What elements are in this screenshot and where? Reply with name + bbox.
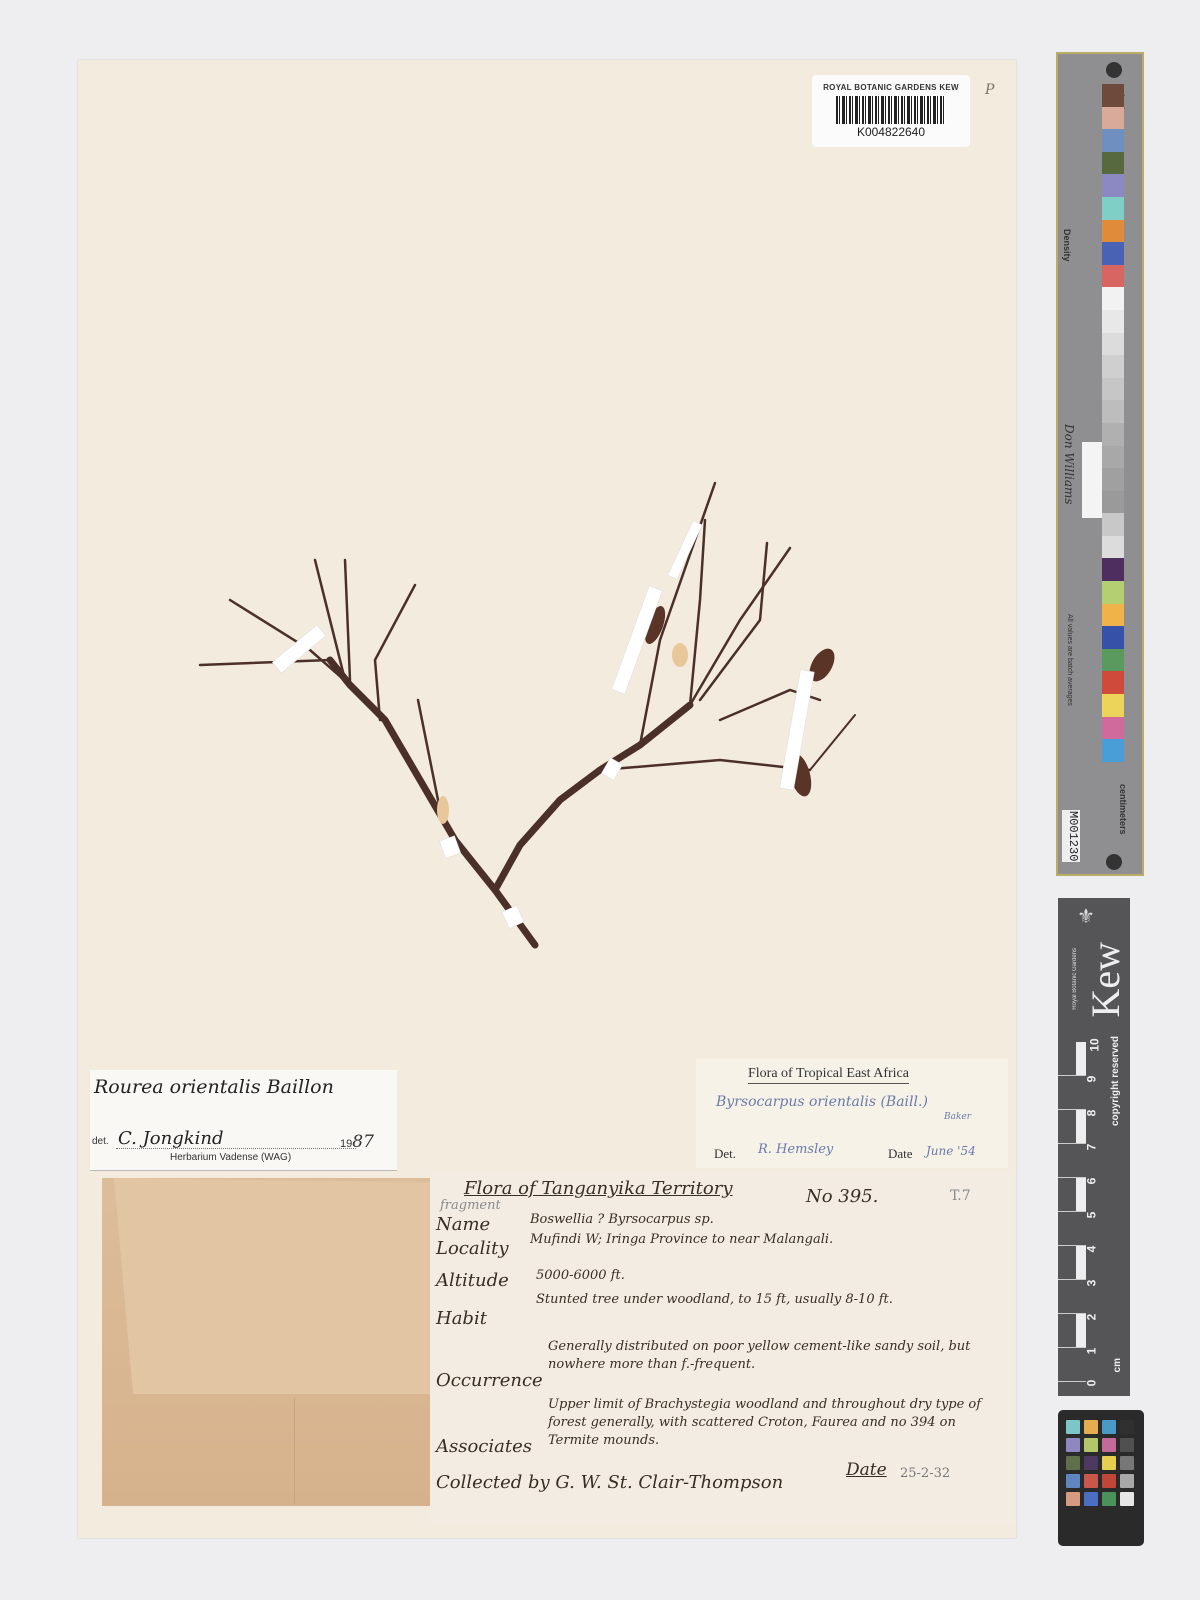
color-patch xyxy=(1102,671,1124,694)
tick-2: 2 xyxy=(1084,1314,1098,1321)
color-patch xyxy=(1102,333,1124,356)
ruler-brand: Don Williams xyxy=(1062,424,1076,505)
tick-10: 10 xyxy=(1088,1038,1102,1051)
packet-flap xyxy=(114,1178,430,1394)
ftea-title: Flora of Tropical East Africa xyxy=(748,1066,909,1084)
color-patch xyxy=(1102,558,1124,581)
color-calibration-ruler: inches Density Don Williams All values a… xyxy=(1056,52,1144,876)
barcode-icon xyxy=(836,96,946,124)
color-patch xyxy=(1102,446,1124,469)
packet-crease xyxy=(294,1398,295,1504)
color-patch xyxy=(1102,513,1124,536)
kew-logo: Kew xyxy=(1086,942,1126,1018)
collector-label: Flora of Tanganyika Territory No 395. T.… xyxy=(430,1170,1014,1525)
field-label-altitude: Altitude xyxy=(436,1270,509,1291)
field-label-habit: Habit xyxy=(436,1308,487,1329)
ruler-hole-bottom xyxy=(1106,854,1122,870)
color-patch xyxy=(1102,604,1124,627)
color-patch xyxy=(1102,694,1124,717)
region-annotation: T.7 xyxy=(950,1188,971,1204)
color-patch xyxy=(1102,129,1124,152)
color-swatch xyxy=(1102,1456,1116,1470)
barcode-number: K004822640 xyxy=(812,125,970,139)
collection-number: No 395. xyxy=(806,1186,878,1207)
cm-tick-marks xyxy=(1058,1042,1086,1382)
tick-8: 8 xyxy=(1084,1110,1098,1117)
field-label-occurrence: Occurrence xyxy=(436,1370,543,1391)
color-patch xyxy=(1102,107,1124,130)
field-value-altitude: 5000-6000 ft. xyxy=(536,1268,625,1283)
det-prefix: det. xyxy=(92,1136,109,1147)
taxon-name: Rourea orientalis Baillon xyxy=(94,1076,334,1098)
color-patch xyxy=(1102,581,1124,604)
tick-5: 5 xyxy=(1084,1212,1098,1219)
kew-scale-bar: ⚜ Royal Botanic Gardens Kew 10 9 8 7 6 5… xyxy=(1058,898,1130,1396)
color-patch xyxy=(1102,174,1124,197)
field-value-habit: Stunted tree under woodland, to 15 ft, u… xyxy=(536,1292,893,1307)
color-swatch xyxy=(1066,1420,1080,1434)
color-checker-card xyxy=(1058,1410,1144,1546)
ftea-taxon-name: Byrsocarpus orientalis (Baill.) xyxy=(716,1094,928,1110)
copyright-notice: copyright reserved xyxy=(1110,1036,1121,1126)
determination-label: Rourea orientalis Baillon det. C. Jongki… xyxy=(90,1070,397,1171)
ruler-note: All values are batch averages xyxy=(1066,614,1073,706)
color-patch xyxy=(1102,649,1124,672)
color-patch xyxy=(1102,265,1124,288)
royal-crest-icon: ⚜ xyxy=(1074,904,1098,934)
color-patch xyxy=(1102,152,1124,175)
color-swatch xyxy=(1066,1438,1080,1452)
field-value-locality: Mufindi W; Iringa Province to near Malan… xyxy=(530,1232,833,1247)
color-patch xyxy=(1102,242,1124,265)
barcode-label: ROYAL BOTANIC GARDENS KEW K004822640 xyxy=(812,75,970,147)
color-swatch xyxy=(1120,1492,1134,1506)
determination-year: 1987 xyxy=(340,1132,374,1152)
year-suffix: 87 xyxy=(352,1132,374,1152)
ruler-color-patches xyxy=(1102,84,1124,762)
kew-subtitle: Royal Botanic Gardens xyxy=(1072,948,1078,1010)
ruler-code: M001230 xyxy=(1062,810,1080,862)
color-swatch xyxy=(1084,1492,1098,1506)
ruler-centimeters-label: centimeters xyxy=(1118,784,1128,835)
tick-4: 4 xyxy=(1084,1246,1098,1253)
field-label-name: Name xyxy=(436,1214,490,1235)
pencil-annotation: P xyxy=(985,82,994,98)
color-patch xyxy=(1102,739,1124,762)
color-swatch xyxy=(1084,1456,1098,1470)
color-patch xyxy=(1102,468,1124,491)
color-swatch xyxy=(1120,1420,1134,1434)
year-prefix: 19 xyxy=(340,1138,352,1150)
color-patch xyxy=(1102,220,1124,243)
color-swatch xyxy=(1066,1492,1080,1506)
collected-by-label: Collected by xyxy=(436,1472,550,1493)
color-swatch xyxy=(1066,1456,1080,1470)
color-swatch xyxy=(1120,1474,1134,1488)
collection-date-label: Date xyxy=(846,1460,887,1480)
herbarium-name: Herbarium Vadense (WAG) xyxy=(170,1152,291,1163)
field-value-associates: Upper limit of Brachystegia woodland and… xyxy=(548,1396,988,1450)
color-swatch xyxy=(1120,1456,1134,1470)
color-patch xyxy=(1102,400,1124,423)
color-patch xyxy=(1102,378,1124,401)
color-patch xyxy=(1102,536,1124,559)
color-swatch xyxy=(1084,1474,1098,1488)
ftea-taxon-author: Baker xyxy=(944,1112,971,1122)
field-label-locality: Locality xyxy=(436,1238,509,1259)
color-patch xyxy=(1102,626,1124,649)
color-swatch xyxy=(1120,1438,1134,1452)
ruler-hole-top xyxy=(1106,62,1122,78)
color-swatch xyxy=(1084,1420,1098,1434)
ftea-determination-label: Flora of Tropical East Africa Byrsocarpu… xyxy=(696,1058,1008,1168)
ruler-density-label: Density xyxy=(1062,229,1072,262)
tick-0: 0 xyxy=(1084,1380,1098,1387)
ftea-determiner: R. Hemsley xyxy=(758,1142,833,1157)
fragment-note: fragment xyxy=(440,1198,501,1213)
tick-3: 3 xyxy=(1084,1280,1098,1287)
color-patch xyxy=(1102,423,1124,446)
field-value-occurrence: Generally distributed on poor yellow cem… xyxy=(548,1338,978,1374)
tick-1: 1 xyxy=(1084,1348,1098,1355)
color-patch xyxy=(1102,491,1124,514)
ftea-date-value: June '54 xyxy=(926,1144,976,1158)
color-swatch xyxy=(1084,1438,1098,1452)
institution-name: ROYAL BOTANIC GARDENS KEW xyxy=(812,83,970,92)
color-patch xyxy=(1102,84,1124,107)
determiner-signature: C. Jongkind xyxy=(118,1128,224,1149)
field-label-associates: Associates xyxy=(436,1436,532,1457)
color-patch xyxy=(1102,197,1124,220)
tick-6: 6 xyxy=(1084,1178,1098,1185)
label-heading: Flora of Tanganyika Territory xyxy=(464,1178,733,1199)
fragment-packet[interactable] xyxy=(102,1178,430,1506)
color-swatch xyxy=(1102,1420,1116,1434)
color-swatch xyxy=(1066,1474,1080,1488)
color-swatch xyxy=(1102,1438,1116,1452)
color-patch xyxy=(1102,287,1124,310)
ftea-date-label: Date xyxy=(888,1146,913,1162)
color-patch xyxy=(1102,355,1124,378)
collector-name: G. W. St. Clair-Thompson xyxy=(555,1472,783,1493)
color-swatch xyxy=(1102,1492,1116,1506)
color-patch xyxy=(1102,717,1124,740)
field-value-name: Boswellia ? Byrsocarpus sp. xyxy=(530,1212,714,1227)
tick-7: 7 xyxy=(1084,1144,1098,1151)
signature-line xyxy=(116,1148,356,1149)
unit-label: cm xyxy=(1112,1358,1123,1372)
tick-9: 9 xyxy=(1084,1076,1098,1083)
ftea-det-label: Det. xyxy=(714,1146,736,1162)
color-swatch xyxy=(1102,1474,1116,1488)
collection-date-value: 25-2-32 xyxy=(900,1466,950,1481)
color-patch xyxy=(1102,310,1124,333)
